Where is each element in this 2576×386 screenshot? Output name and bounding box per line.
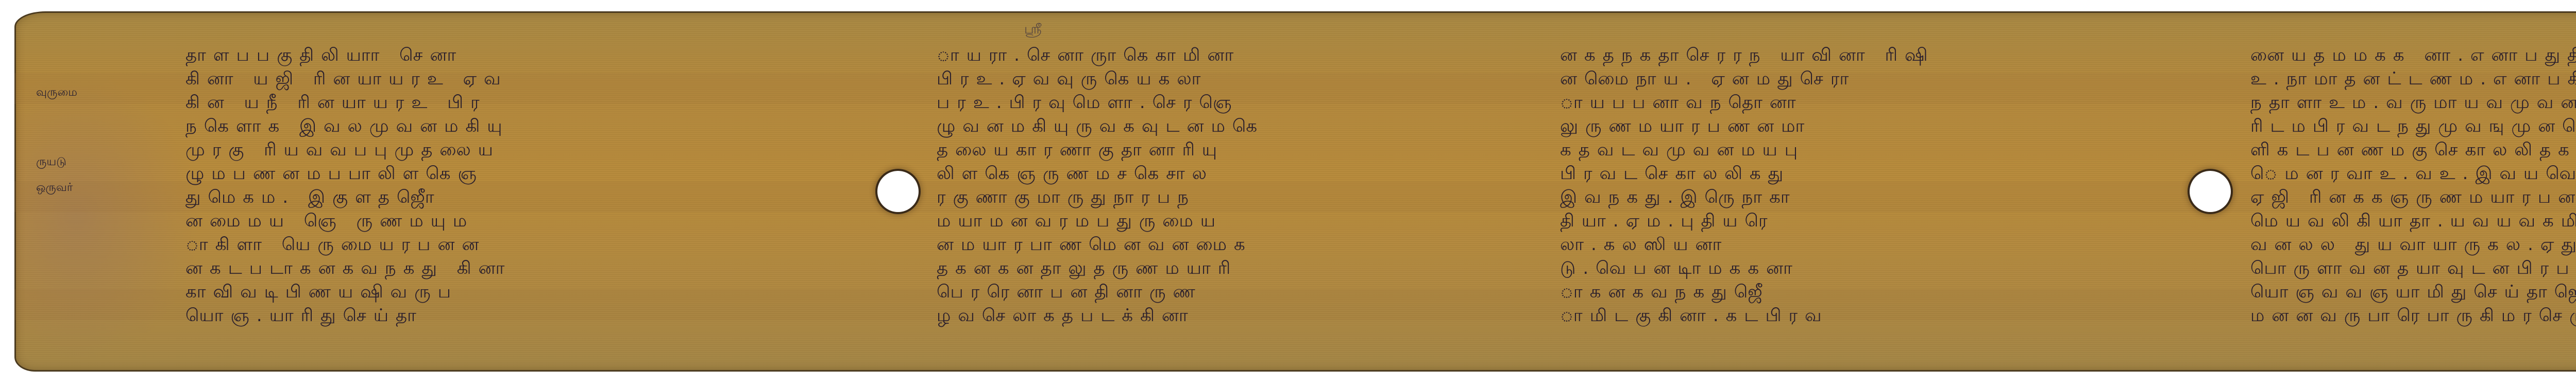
- manuscript-line: யாெஞ.யாரிதுசெய்தா: [185, 304, 866, 327]
- string-hole-right: [2190, 171, 2231, 212]
- manuscript-line: ாகிளா யெருமையரபனன: [185, 233, 866, 256]
- manuscript-line: பொருளாவனதயாவுடனபிரபபாகக லா: [2250, 256, 2576, 280]
- manuscript-line: மயாமனவரமபதுருமைய: [937, 209, 1555, 233]
- manuscript-line: னகடபடாகனகவநகது கினா: [185, 256, 866, 280]
- palm-leaf: ஸ்ரீ வுருமை ருயடு ஒருவர் தாளபபகுதிலியாா …: [14, 11, 2576, 372]
- string-hole-left: [877, 171, 919, 212]
- manuscript-line: பிரஉ.ஏவவுருகெயகலா: [937, 67, 1555, 91]
- manuscript-line: ாமிடகுகினா.கடபிரவ: [1560, 304, 2168, 327]
- manuscript-line: னமைெநாய. ஏனமதுசெரா: [1560, 67, 2168, 91]
- margin-note: ருயடு: [36, 155, 66, 170]
- text-column-4: னையதமமகக னா.எனாபதுதிரபபாரதுயா உ.நாமாதனட்…: [2250, 43, 2576, 327]
- manuscript-line: னகதநகதாசெரரந யாவினா ரிஷி: [1560, 43, 2168, 67]
- manuscript-line: கதவடவமுவனமயபு: [1560, 138, 2168, 162]
- manuscript-line: உ.நாமாதனட்டணம.எனாபகிழிபபாதுயா: [2250, 67, 2576, 91]
- manuscript-line: காவிவடிபிணயஷிவருப: [185, 280, 866, 304]
- manuscript-line: தலையகாரணாகுதானாரியு: [937, 138, 1555, 162]
- manuscript-line: லிளகெஞருணமசகெசால: [937, 162, 1555, 185]
- manuscript-line: பரஉ.பிரவுமெளா.செரஞெ: [937, 91, 1555, 114]
- manuscript-line: னமைமய ஞெ ருணமயும: [185, 209, 866, 233]
- manuscript-line: முரகு ரியவவபபுமுதலைய: [185, 138, 866, 162]
- manuscript-line: ாயரா.செனாருாகெகாமினா: [937, 43, 1555, 67]
- manuscript-line: வனலல துயவாயாருகல.ஏது.தனனமபி: [2250, 233, 2576, 256]
- manuscript-line: தகனகனதாலுதருணமயாரி: [937, 256, 1555, 280]
- manuscript-line: மனனவருபாரெபாருகிமரசெருபா: [2250, 304, 2576, 327]
- manuscript-line: ரகுணாகுமாருதுநாரபந: [937, 185, 1555, 209]
- manuscript-line: பெரரெனாபனதினாருண: [937, 280, 1555, 304]
- manuscript-line: நகெளாக இவலமுவனமகியு: [185, 114, 866, 138]
- manuscript-line: பிரவடசெகாலலிகது: [1560, 162, 2168, 185]
- manuscript-line: ாகனகவநகதுஜீெ: [1560, 280, 2168, 304]
- manuscript-line: கின யநீ ரினயாயரஉ பிர: [185, 91, 866, 114]
- manuscript-line: இவநகது.இருெநாகா: [1560, 185, 2168, 209]
- manuscript-line: ெமனரவாஉ.வஉ.இவயவெலலாமனரகது: [2250, 162, 2576, 185]
- text-column-2: ாயரா.செனாருாகெகாமினா பிரஉ.ஏவவுருகெயகலா ப…: [937, 43, 1555, 327]
- manuscript-line: மெயவலிகியாதா.யவயவகமிபப.எமஉய: [2250, 209, 2576, 233]
- text-column-1: தாளபபகுதிலியாா செனா கினா யஜி ரினயாயரஉ ஏவ…: [185, 43, 866, 327]
- manuscript-line: துமெகம. இகுளதஜீொ: [185, 185, 866, 209]
- text-column-3: னகதநகதாசெரரந யாவினா ரிஷி னமைெநாய. ஏனமதுச…: [1560, 43, 2168, 327]
- manuscript-line: நதாளாஉம.வருமாயவமுவனமகிகரு: [2250, 91, 2576, 114]
- manuscript-line: தியா.ஏம.புதியரெ: [1560, 209, 2168, 233]
- margin-note: ஒருவர்: [36, 181, 73, 196]
- manuscript-line: கினா யஜி ரினயாயரஉ ஏவ: [185, 67, 866, 91]
- manuscript-line: ழுமபணனமபபாலிளகெஞ: [185, 162, 866, 185]
- manuscript-line: டு.வெபனடிாமககனா: [1560, 256, 2168, 280]
- manuscript-line: னையதமமகக னா.எனாபதுதிரபபாரதுயா: [2250, 43, 2576, 67]
- top-annotation: ஸ்ரீ: [1024, 22, 1042, 39]
- manuscript-line: ாயபபனாவநதாெனா: [1560, 91, 2168, 114]
- manuscript-line: லுருணமயாரபணனமா: [1560, 114, 2168, 138]
- manuscript-line: னமயாரபாணமெனவனமைக: [937, 233, 1555, 256]
- manuscript-line: தாளபபகுதிலியாா செனா: [185, 43, 866, 67]
- manuscript-line: ழவசெலாகதபடக்கினா: [937, 304, 1555, 327]
- manuscript-line: லா.கலஸியனா: [1560, 233, 2168, 256]
- manuscript-line: ழுவனமகியுருவகவுடனமகெ: [937, 114, 1555, 138]
- manuscript-line: ஏஜி ரினககஞருணமயாரபனணமயுமபு: [2250, 185, 2576, 209]
- manuscript-line: ளிகடபனணமகுசெகாலலிதகமுவிகக.வத: [2250, 138, 2576, 162]
- manuscript-line: ரிடமபிரவடநதுமுவஙுமுனமெவ.எனனி னா: [2250, 114, 2576, 138]
- margin-note: வுருமை: [36, 86, 77, 100]
- manuscript-line: யாெஞவவஞயாமிதுசெய்தாஜீெயா: [2250, 280, 2576, 304]
